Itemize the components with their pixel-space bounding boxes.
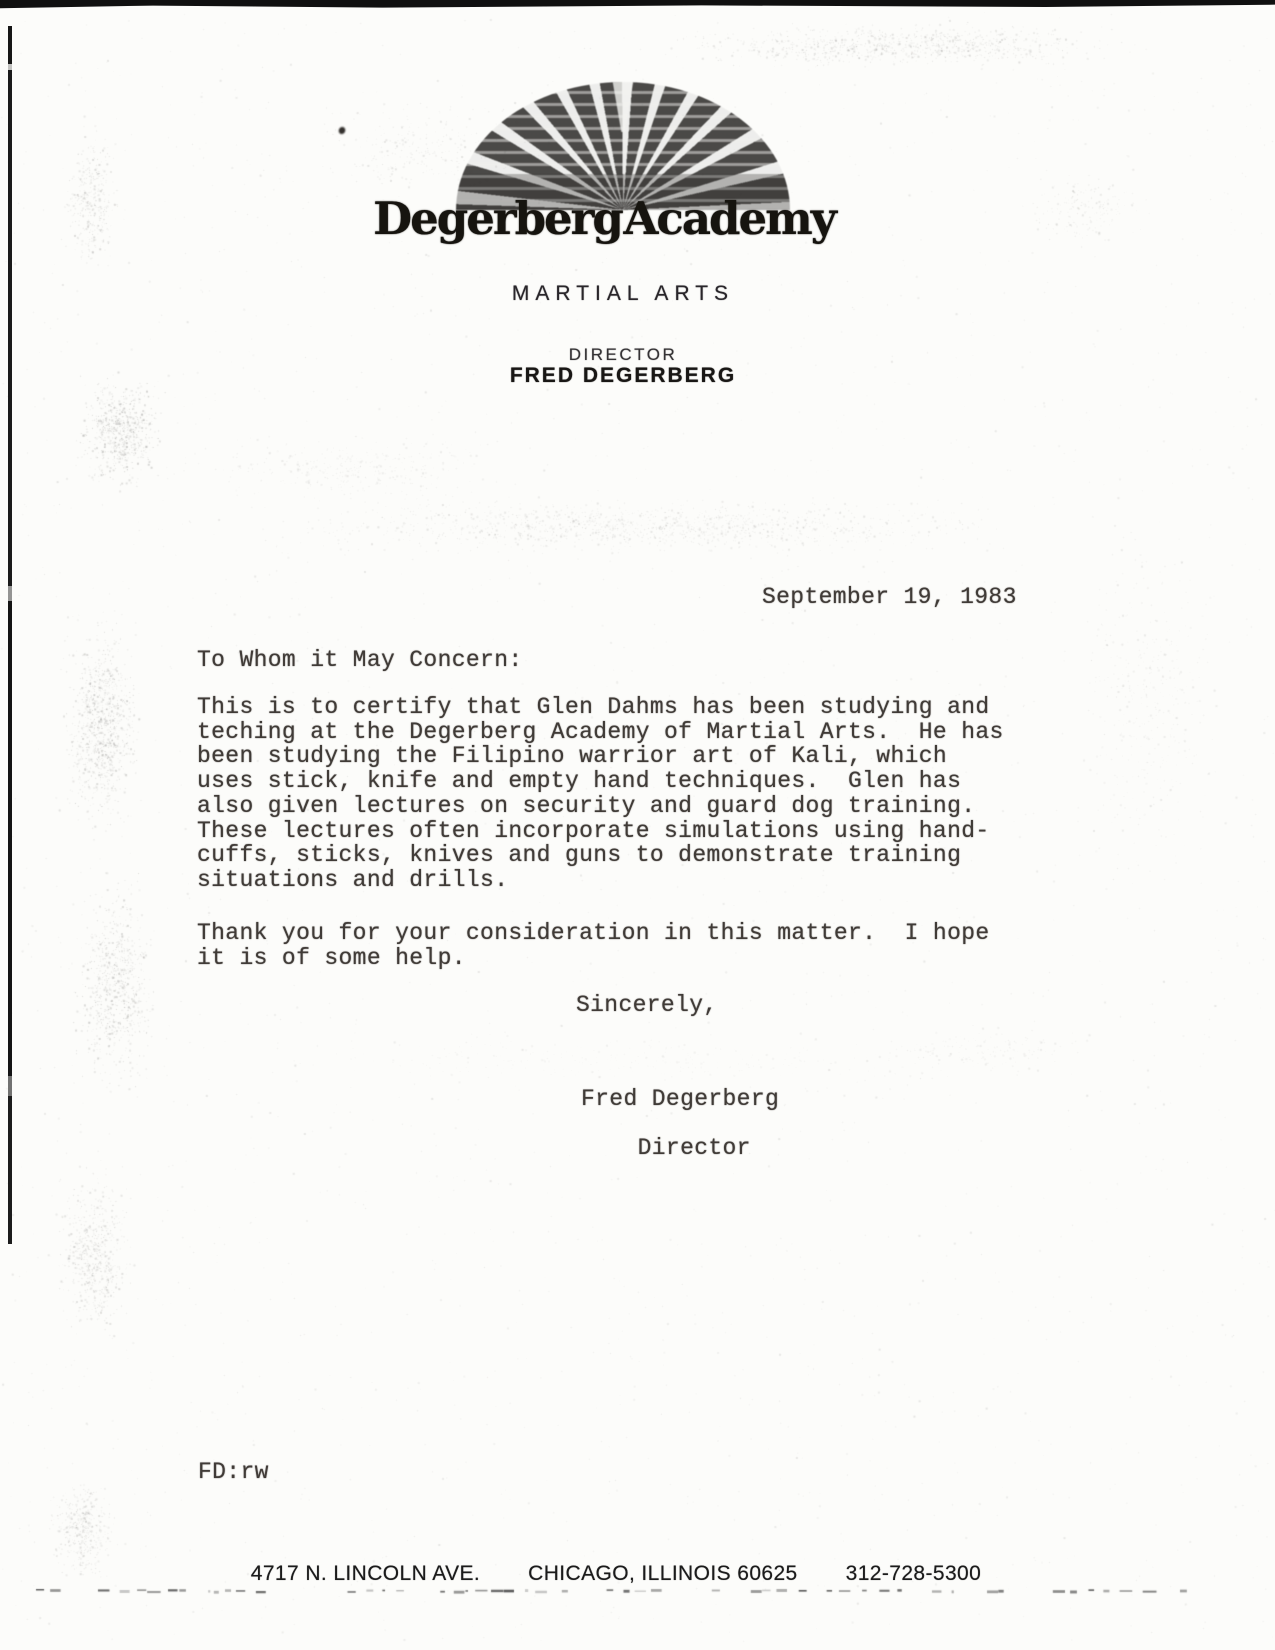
- footer-phone: 312-728-5300: [846, 1562, 982, 1586]
- signature-block: Fred Degerberg Director: [581, 1087, 779, 1161]
- body-paragraph: Thank you for your consideration in this…: [197, 921, 990, 970]
- sunburst-fan-icon: [456, 82, 790, 210]
- academy-wordmark: Degerberg Academy: [0, 196, 1227, 241]
- typist-initials: FD:rw: [198, 1460, 269, 1485]
- director-name: FRED DEGERBERG: [0, 364, 1246, 388]
- body-paragraph: This is to certify that Glen Dahms has b…: [197, 695, 1004, 893]
- signature-title: Director: [638, 1135, 751, 1161]
- ink-speck: [337, 125, 348, 136]
- footer-city: CHICAGO, ILLINOIS 60625: [528, 1562, 797, 1586]
- sunburst-notch: [609, 82, 637, 132]
- closing: Sincerely,: [576, 993, 718, 1018]
- director-label: DIRECTOR: [0, 345, 1246, 365]
- scanned-letter-page: Degerberg Academy MARTIAL ARTS DIRECTOR …: [0, 0, 1275, 1650]
- footer-address-line: 4717 N. LINCOLN AVE. CHICAGO, ILLINOIS 6…: [0, 1562, 1232, 1586]
- footer-street: 4717 N. LINCOLN AVE.: [251, 1562, 480, 1586]
- letter-date: September 19, 1983: [762, 585, 1017, 610]
- signature-name: Fred Degerberg: [581, 1086, 779, 1112]
- scan-artifact-top-bar: [0, 0, 1275, 9]
- martial-arts-subtitle: MARTIAL ARTS: [0, 282, 1246, 306]
- salutation: To Whom it May Concern:: [197, 648, 523, 673]
